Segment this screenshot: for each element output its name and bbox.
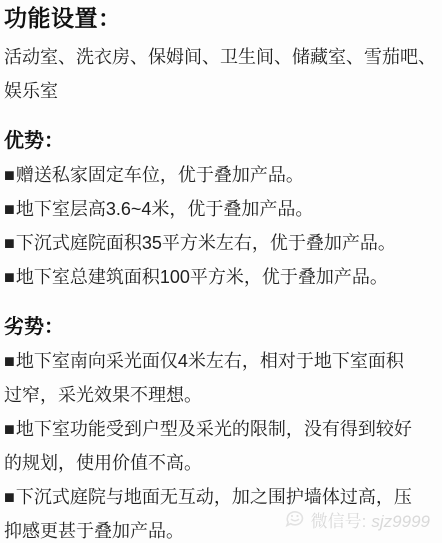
list-item-text: 地下室南向采光面仅4米左右，相对于地下室面积	[16, 351, 404, 371]
list-item: ■地下室层高3.6~4米，优于叠加产品。	[4, 192, 438, 226]
bullet-square-icon: ■	[4, 233, 15, 253]
facilities-line: 活动室、洗衣房、保姆间、卫生间、储藏室、雪茄吧、	[4, 40, 438, 74]
disadvantages-heading: 劣势：	[4, 310, 438, 344]
list-item-text: 过窄，采光效果不理想。	[4, 378, 438, 412]
list-item-text: 地下室总建筑面积100平方米，优于叠加产品。	[16, 267, 388, 287]
list-item-text: 下沉式庭院与地面无互动，加之围护墙体过高，压	[16, 487, 412, 507]
watermark-account: sjz9999	[371, 509, 430, 535]
list-item-text: 的规划，使用价值不高。	[4, 446, 438, 480]
list-item: ■地下室功能受到户型及采光的限制，没有得到较好 的规划，使用价值不高。	[4, 412, 438, 480]
watermark-label: 微信号:	[311, 509, 367, 535]
facilities-list: 活动室、洗衣房、保姆间、卫生间、储藏室、雪茄吧、 娱乐室	[4, 40, 438, 108]
list-item: ■地下室南向采光面仅4米左右，相对于地下室面积 过窄，采光效果不理想。	[4, 344, 438, 412]
list-item: ■地下室总建筑面积100平方米，优于叠加产品。	[4, 260, 438, 294]
facilities-line: 娱乐室	[4, 74, 438, 108]
list-item: ■赠送私家固定车位，优于叠加产品。	[4, 158, 438, 192]
list-item-text: 地下室层高3.6~4米，优于叠加产品。	[16, 199, 314, 219]
list-item-text: 地下室功能受到户型及采光的限制，没有得到较好	[16, 419, 412, 439]
bullet-square-icon: ■	[4, 165, 15, 185]
list-item-text: 赠送私家固定车位，优于叠加产品。	[16, 165, 304, 185]
article-body: 功能设置： 活动室、洗衣房、保姆间、卫生间、储藏室、雪茄吧、 娱乐室 优势： ■…	[0, 0, 442, 543]
bullet-square-icon: ■	[4, 487, 15, 507]
list-item-text: 下沉式庭院面积35平方米左右，优于叠加产品。	[16, 233, 396, 253]
advantages-list: ■赠送私家固定车位，优于叠加产品。 ■地下室层高3.6~4米，优于叠加产品。 ■…	[4, 158, 438, 294]
bullet-square-icon: ■	[4, 199, 15, 219]
page-title: 功能设置：	[4, 2, 438, 34]
advantages-heading: 优势：	[4, 124, 438, 158]
bullet-square-icon: ■	[4, 419, 15, 439]
bullet-square-icon: ■	[4, 351, 15, 371]
bullet-square-icon: ■	[4, 267, 15, 287]
watermark: 微信号: sjz9999	[284, 508, 430, 536]
chat-face-logo-icon	[284, 508, 306, 536]
list-item: ■下沉式庭院面积35平方米左右，优于叠加产品。	[4, 226, 438, 260]
